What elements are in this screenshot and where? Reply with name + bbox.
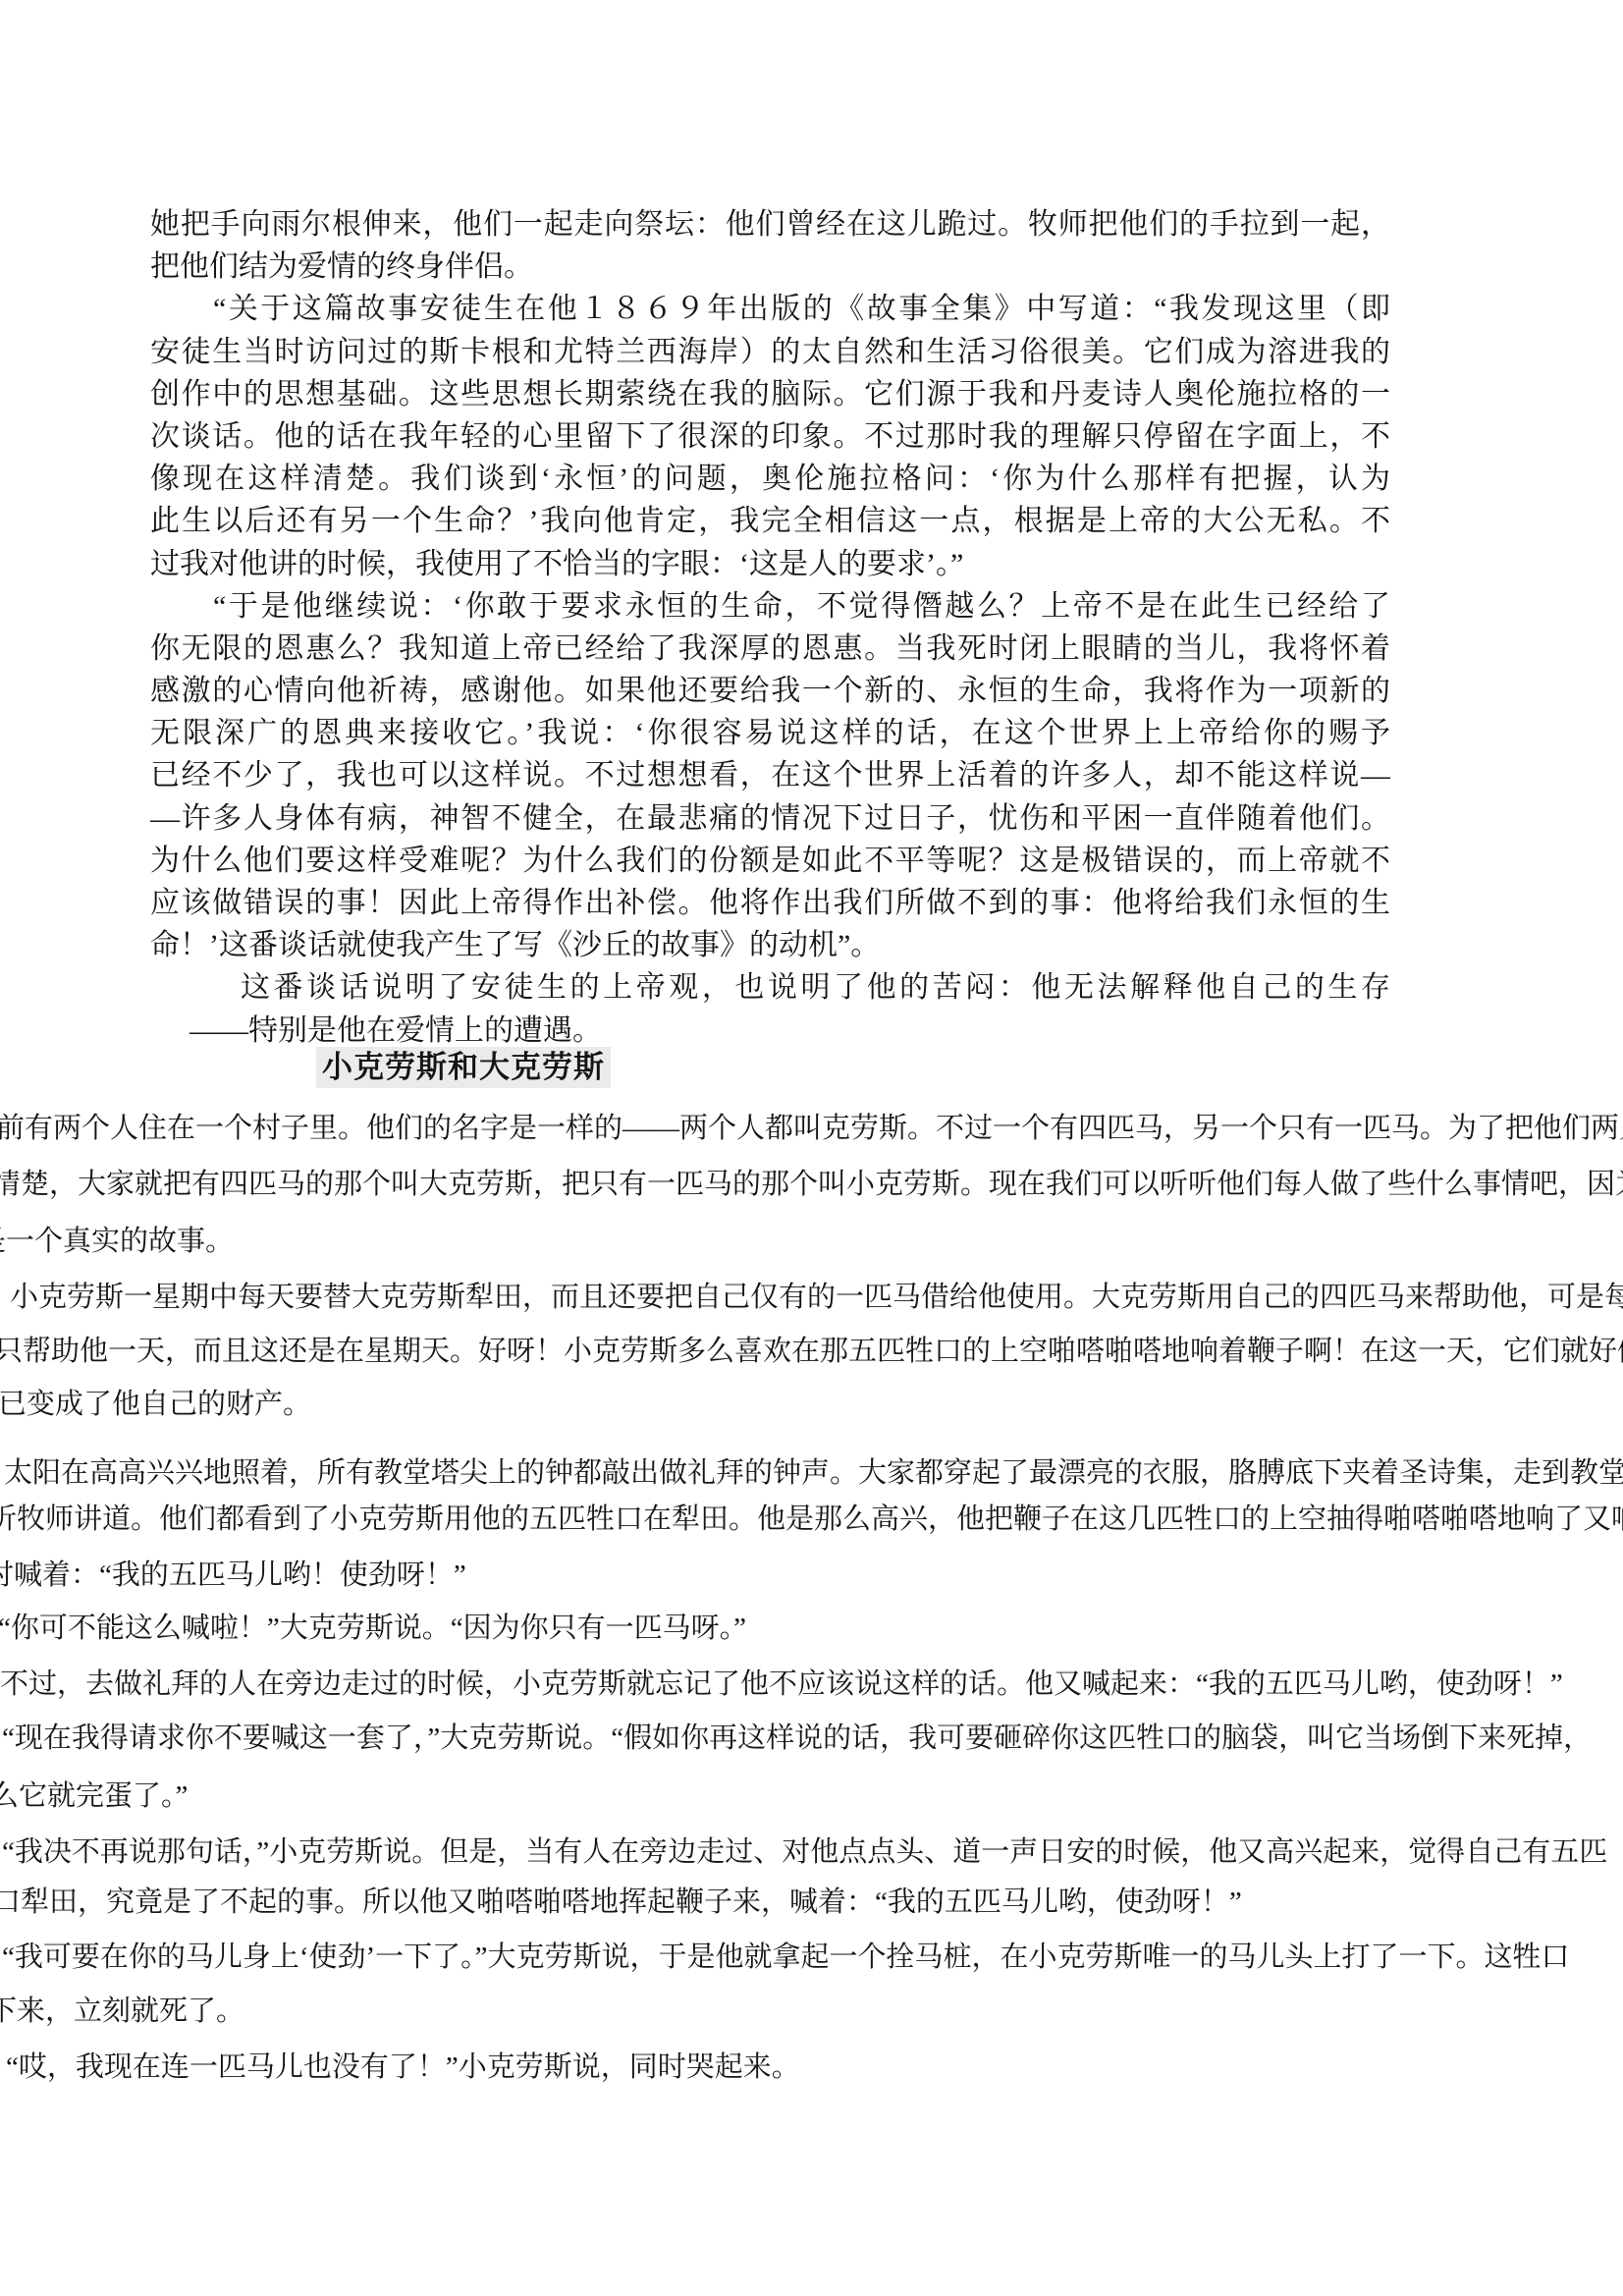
document-page: 她把手向雨尔根伸来，他们一起走向祭坛：他们曾经在这儿跪过。牧师把他们的手拉到一起…	[0, 0, 1623, 2296]
story-line: 时喊着：“我的五匹马儿哟！使劲呀！”	[0, 1558, 466, 1592]
story-line: 是一个真实的故事。	[0, 1225, 234, 1258]
story-line: “我可要在你的马儿身上‘使劲’一下了。”大克劳斯说，于是他就拿起一个拴马桩，在小…	[2, 1941, 1570, 1974]
story-line: 清楚，大家就把有四匹马的那个叫大克劳斯，把只有一匹马的那个叫小克劳斯。现在我们可…	[0, 1168, 1623, 1201]
story-line: 口犁田，究竟是了不起的事。所以他又啪嗒啪嗒地挥起鞭子来，喊着：“我的五匹马儿哟，…	[0, 1886, 1242, 1919]
story-line: 么它就完蛋了。”	[0, 1779, 188, 1813]
story-line: 下来，立刻就死了。	[0, 1995, 244, 2028]
story-line: “你可不能这么喊啦！”大克劳斯说。“因为你只有一匹马呀。”	[0, 1612, 746, 1645]
story-line: “现在我得请求你不要喊这一套了，”大克劳斯说。“假如你再这样说的话，我可要砸碎你…	[2, 1722, 1592, 1755]
story-line: 听牧师讲道。他们都看到了小克劳斯用他的五匹牲口在犁田。他是那么高兴，他把鞭子在这…	[0, 1503, 1623, 1536]
story-line: 太阳在高高兴兴地照着，所有教堂塔尖上的钟都敲出做礼拜的钟声。大家都穿起了最漂亮的…	[4, 1456, 1623, 1490]
story-line: 已变成了他自己的财产。	[0, 1388, 311, 1421]
story-line: “我决不再说那句话，”小克劳斯说。但是，当有人在旁边走过、对他点点头、道一声日安…	[2, 1835, 1607, 1869]
story-line: 不过，去做礼拜的人在旁边走过的时候，小克劳斯就忘记了他不应该说这样的话。他又喊起…	[0, 1667, 1563, 1701]
story-line: “哎，我现在连一匹马儿也没有了！”小克劳斯说，同时哭起来。	[6, 2050, 800, 2084]
story-line: 只帮助他一天，而且这还是在星期天。好呀！小克劳斯多么喜欢在那五匹牲口的上空啪嗒啪…	[0, 1335, 1623, 1368]
story-line: 小克劳斯一星期中每天要替大克劳斯犁田，而且还要把自己仅有的一匹马借给他使用。大克…	[10, 1281, 1623, 1314]
story-line: 前有两个人住在一个村子里。他们的名字是一样的——两个人都叫克劳斯。不过一个有四匹…	[0, 1112, 1623, 1145]
story-block: 前有两个人住在一个村子里。他们的名字是一样的——两个人都叫克劳斯。不过一个有四匹…	[0, 0, 1623, 2296]
